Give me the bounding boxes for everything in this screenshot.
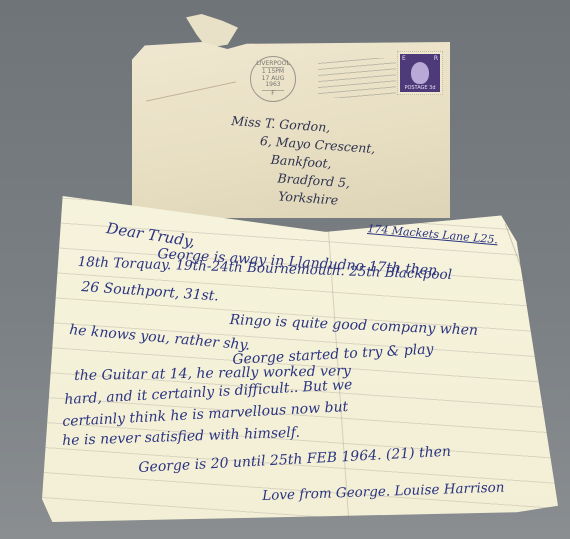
postmark-town: LIVERPOOL bbox=[256, 61, 290, 68]
postmark-code: F bbox=[271, 91, 274, 98]
stamp-letter-e: E bbox=[402, 55, 406, 62]
postage-stamp: E R POSTAGE 3d bbox=[398, 52, 442, 94]
queen-portrait-icon bbox=[411, 62, 429, 84]
postmark-year: 1963 bbox=[262, 82, 285, 89]
envelope-address: Miss T. Gordon, 6, Mayo Crescent, Bankfo… bbox=[226, 112, 442, 216]
postmark: LIVERPOOL 1 15PM 17 AUG 1963 F bbox=[250, 56, 296, 102]
stamp-value: POSTAGE 3d bbox=[400, 85, 440, 91]
postmark-center: 1 15PM 17 AUG 1963 bbox=[262, 67, 285, 91]
stamp-cypher: E R bbox=[402, 55, 438, 62]
photo-scene: LIVERPOOL 1 15PM 17 AUG 1963 F E R POSTA… bbox=[0, 0, 570, 539]
wavy-cancellation-lines bbox=[318, 58, 396, 98]
stamp-letter-r: R bbox=[434, 55, 438, 62]
